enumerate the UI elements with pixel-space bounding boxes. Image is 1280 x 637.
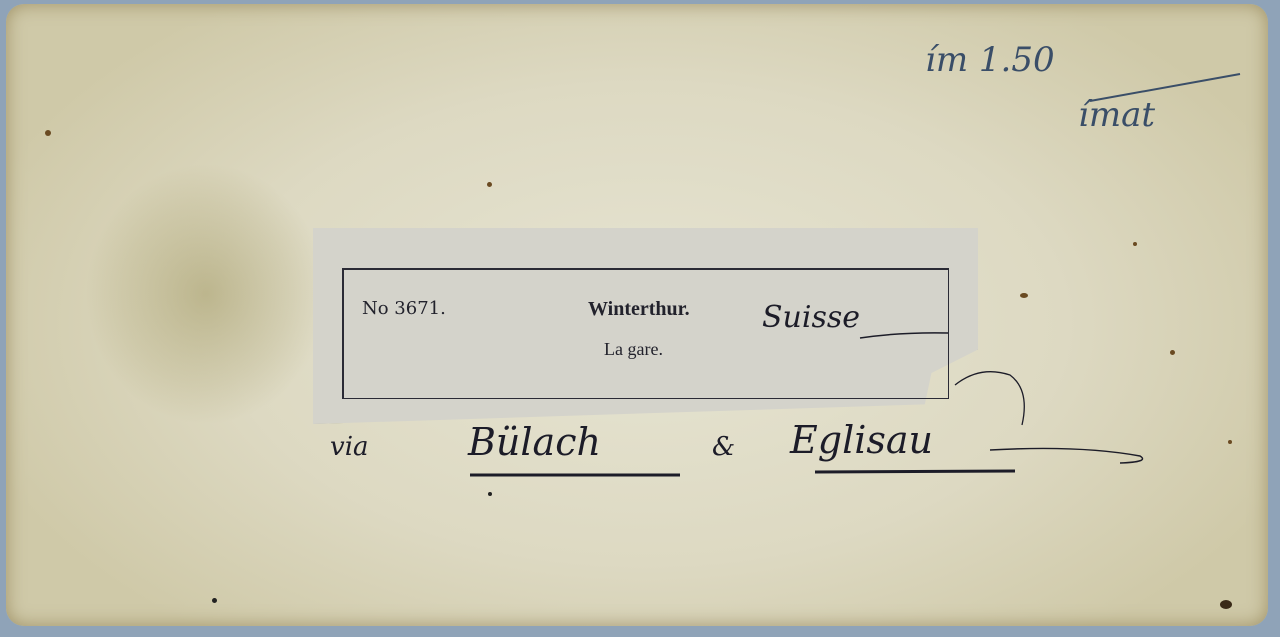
ink-strokes — [0, 0, 1280, 637]
